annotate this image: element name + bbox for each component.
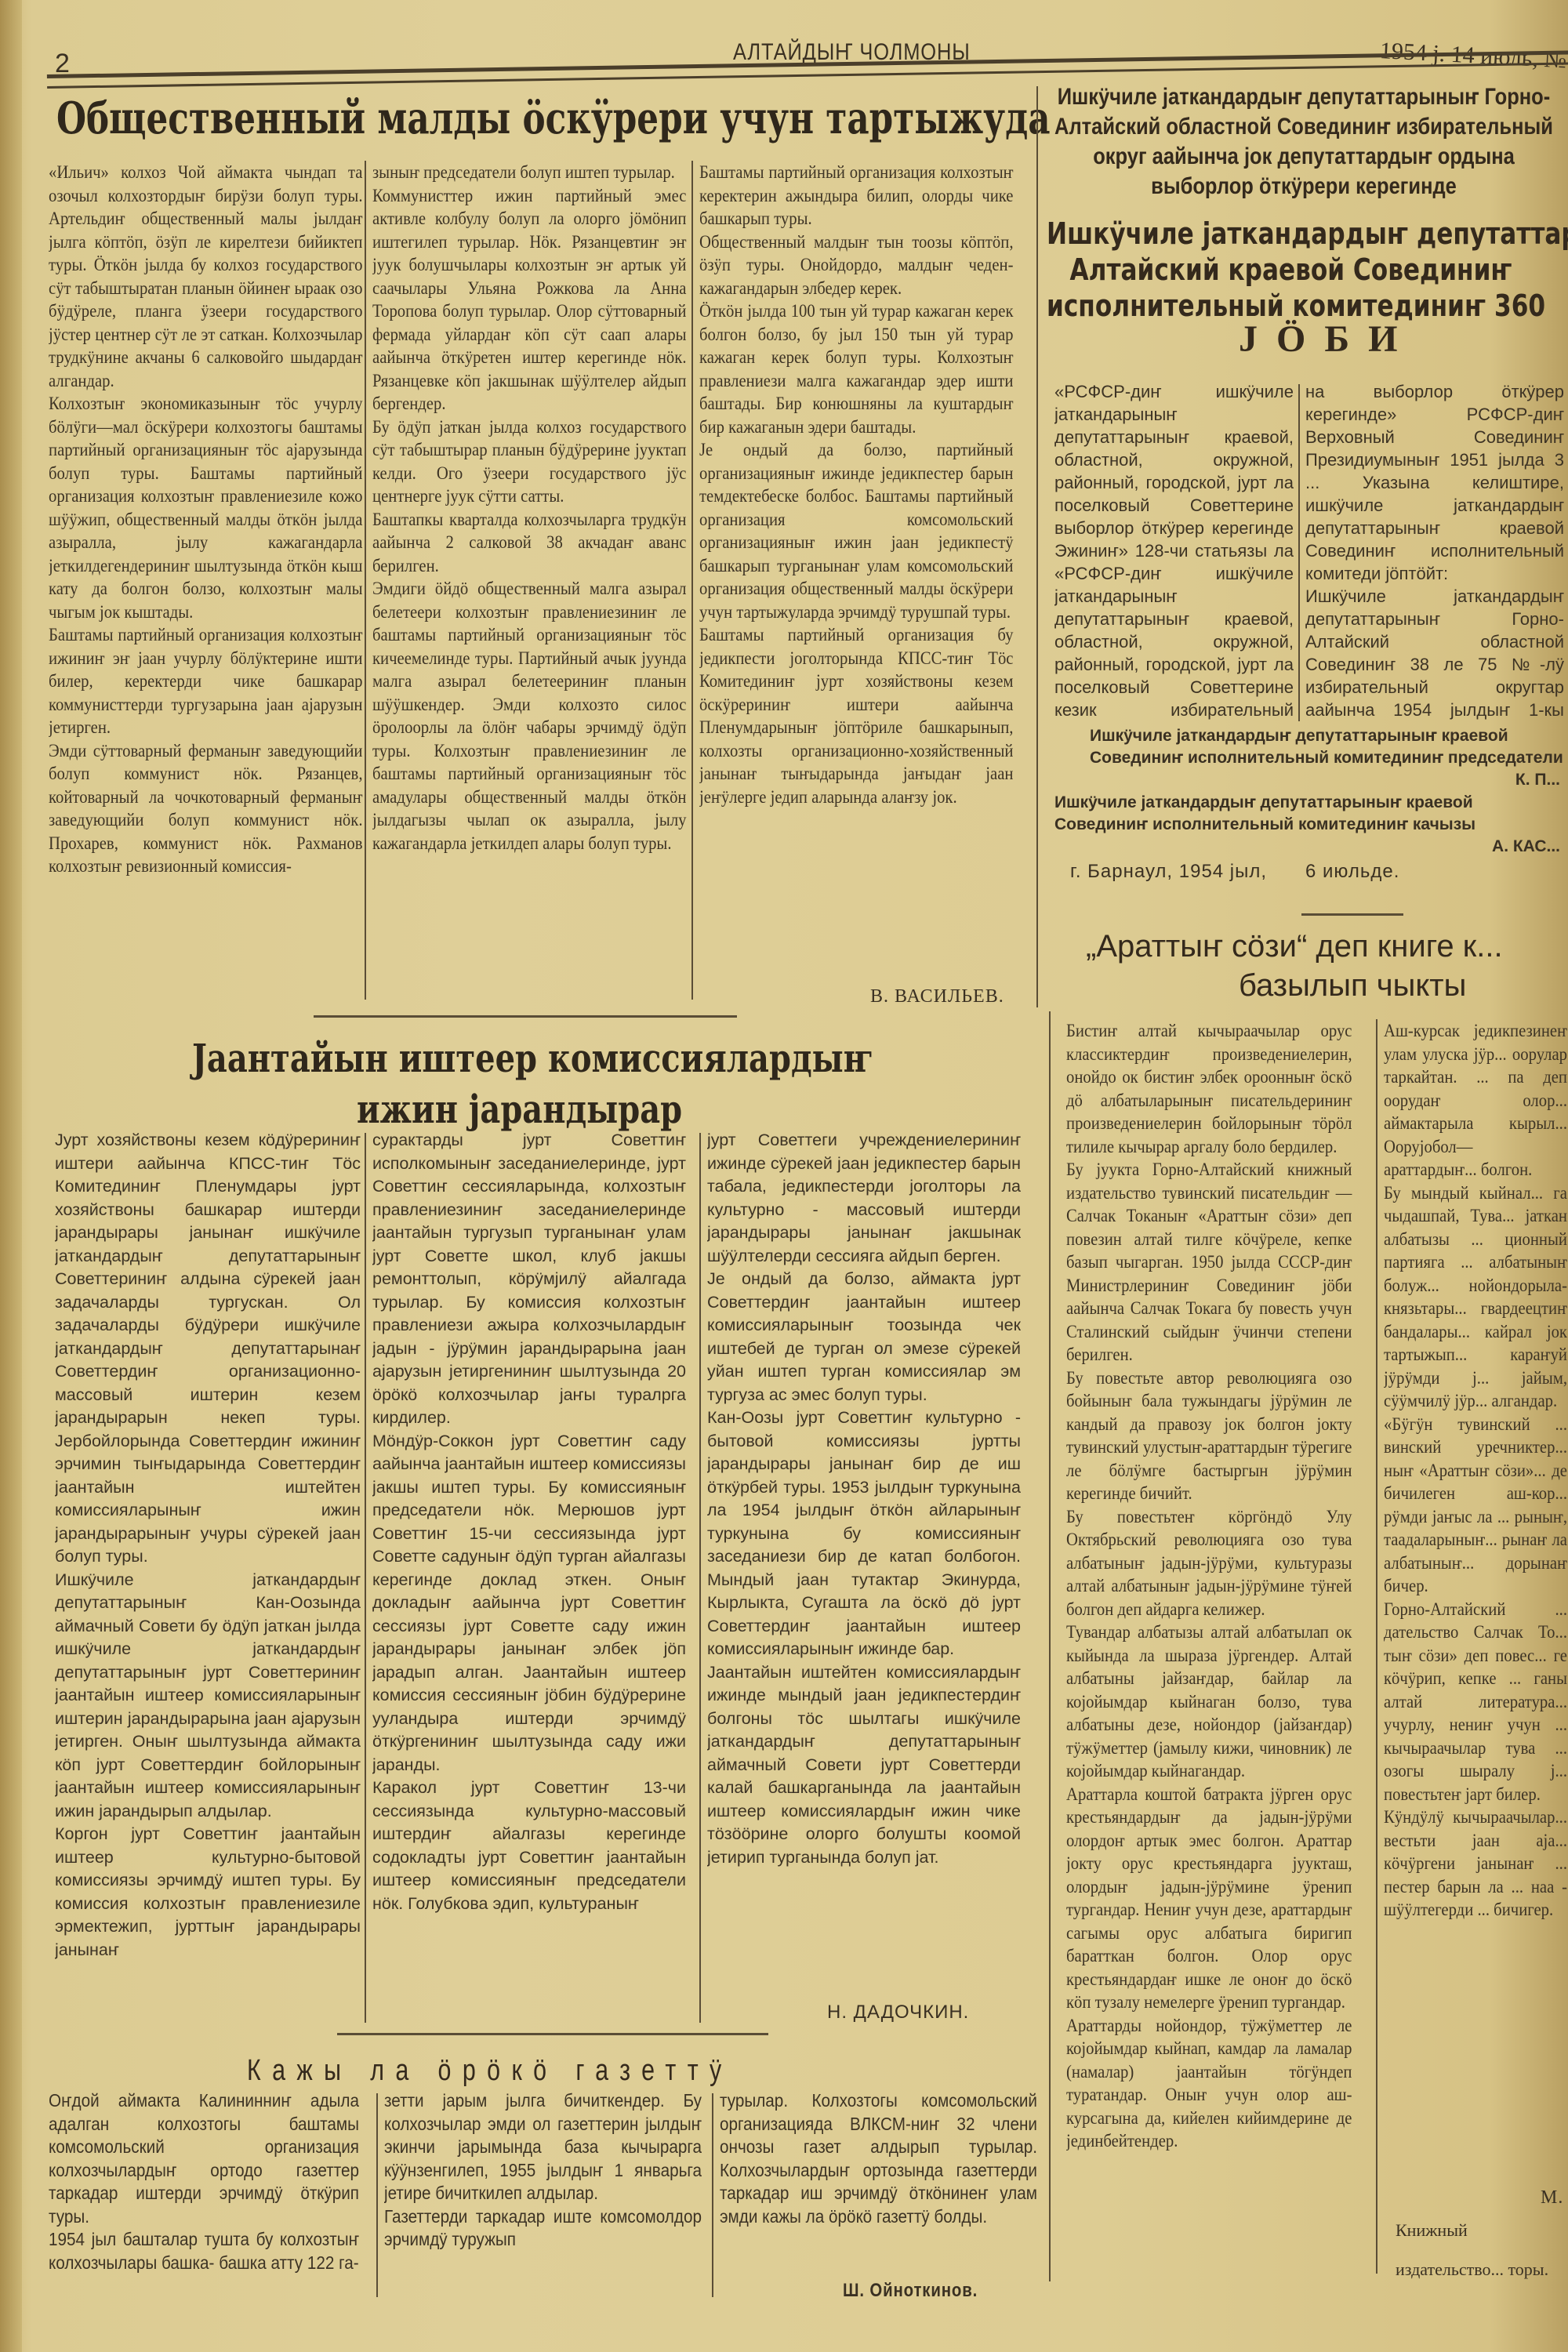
newspapers-col-1: Оҥдой аймакта Калининниҥ адыла адалган к… (49, 2089, 359, 2297)
decree-title-line-1: Ишкӱчиле јаткандардыҥ депутаттарыныҥ (1047, 216, 1535, 252)
livestock-author: В. ВАСИЛЬЕВ. (870, 986, 1004, 1007)
commissions-col-3: јурт Советтеги учреждениелериниҥ ижинде … (707, 1129, 1021, 1999)
column-rule (365, 161, 366, 1000)
decree-day: 6 июльде. (1305, 861, 1399, 883)
decree-title-line-2: Алтайский краевой Совединиҥ (1047, 252, 1535, 288)
signature-name: А. КАС... (1054, 836, 1568, 858)
column-rule (691, 161, 693, 1000)
decree-preamble-text: Ишкӱчиле јаткандардыҥ депутаттарыныҥ Гор… (1054, 84, 1553, 199)
section-rule (1049, 1011, 1051, 2281)
decree-col-1: «РСФСР-диҥ ишкӱчиле јаткандарыныҥ депута… (1054, 380, 1294, 725)
section-divider (1301, 913, 1403, 916)
decree-place-date: г. Барнаул, 1954 јыл, (1070, 861, 1267, 883)
headline-livestock: Общественный малды ӧскӱрери учун тартыжу… (56, 93, 1051, 144)
decree-preamble: Ишкӱчиле јаткандардыҥ депутаттарыныҥ Гор… (1051, 82, 1557, 201)
section-divider (314, 1015, 737, 1018)
decree-signature-1: Ишкӱчиле јаткандардыҥ депутаттарыныҥ кра… (1090, 725, 1568, 791)
column-rule (699, 1133, 701, 2023)
column-rule (1376, 1019, 1377, 2274)
column-rule (376, 2093, 378, 2297)
signature-name: К. П... (1090, 769, 1568, 791)
newspaper-page: 2 АЛТАЙДЫҤ ЧОЛМОНЫ 1954 ј. 14 июль, № Об… (0, 0, 1568, 2352)
livestock-col-3: Баштамы партийный организация колхозтыҥ … (699, 161, 1014, 976)
book-footer: Книжный издательство... торы. (1396, 2211, 1568, 2289)
headline-commissions-2: ижин јарандырар (357, 1086, 682, 1132)
signature-role: Ишкӱчиле јаткандардыҥ депутаттарыныҥ кра… (1090, 727, 1563, 767)
section-divider (337, 2033, 768, 2035)
decree-col-2: на выборлор ӧткӱрер керегинде» РСФСР-диҥ… (1305, 380, 1564, 725)
newspapers-author: Ш. Ойноткинов. (843, 2280, 978, 2302)
newspapers-col-3: турылар. Колхозтогы комсомольский органи… (720, 2089, 1037, 2274)
livestock-col-1: «Ильич» колхоз Чой аймакта чындап та озо… (49, 161, 363, 1004)
livestock-col-2: зыныҥ председатели болуп иштеп турылар. … (372, 161, 687, 1004)
headline-newspapers: Кажы ла ӧрӧкӧ газеттӱ (247, 2054, 733, 2088)
headline-book-2: базылып чыкты (1239, 968, 1466, 1004)
book-footer-text: Книжный издательство... торы. (1396, 2220, 1548, 2279)
decree-signature-2: Ишкӱчиле јаткандардыҥ депутаттарыныҥ кра… (1054, 792, 1568, 858)
binding-edge (0, 0, 22, 2352)
decree-title-word: Ј Ӧ Б И (1239, 318, 1402, 361)
decree-title: Ишкӱчиле јаткандардыҥ депутаттарыныҥ Алт… (1047, 216, 1535, 324)
column-rule (712, 2093, 713, 2297)
commissions-col-2: сурактарды јурт Советтиҥ исполкомыныҥ за… (372, 1129, 686, 2027)
commissions-col-1: Јурт хозяйствоны кезем кӧдӱрериниҥ иштер… (55, 1129, 361, 2027)
headline-commissions-1: Јаантайын иштеер комиссиялардыҥ (192, 1035, 873, 1081)
section-rule (1036, 86, 1038, 1007)
book-author: М. ... (1541, 2187, 1568, 2209)
signature-role: Ишкӱчиле јаткандардыҥ депутаттарыныҥ кра… (1054, 793, 1475, 833)
commissions-author: Н. ДАДОЧКИН. (827, 2002, 969, 2024)
newspapers-col-2: зетти јарым јылга бичиткендер. Бу колхоз… (384, 2089, 702, 2297)
column-rule (1298, 384, 1300, 721)
column-rule (365, 1133, 366, 2023)
book-col-2: Аш-курсак једикпезинеҥ улам улуска јӱр..… (1384, 1019, 1567, 2195)
headline-book-1: „Араттыҥ сӧзи“ деп книге к... (1086, 929, 1503, 964)
book-col-1: Бистиҥ алтай кычыраачылар орус классикте… (1066, 1019, 1352, 2281)
